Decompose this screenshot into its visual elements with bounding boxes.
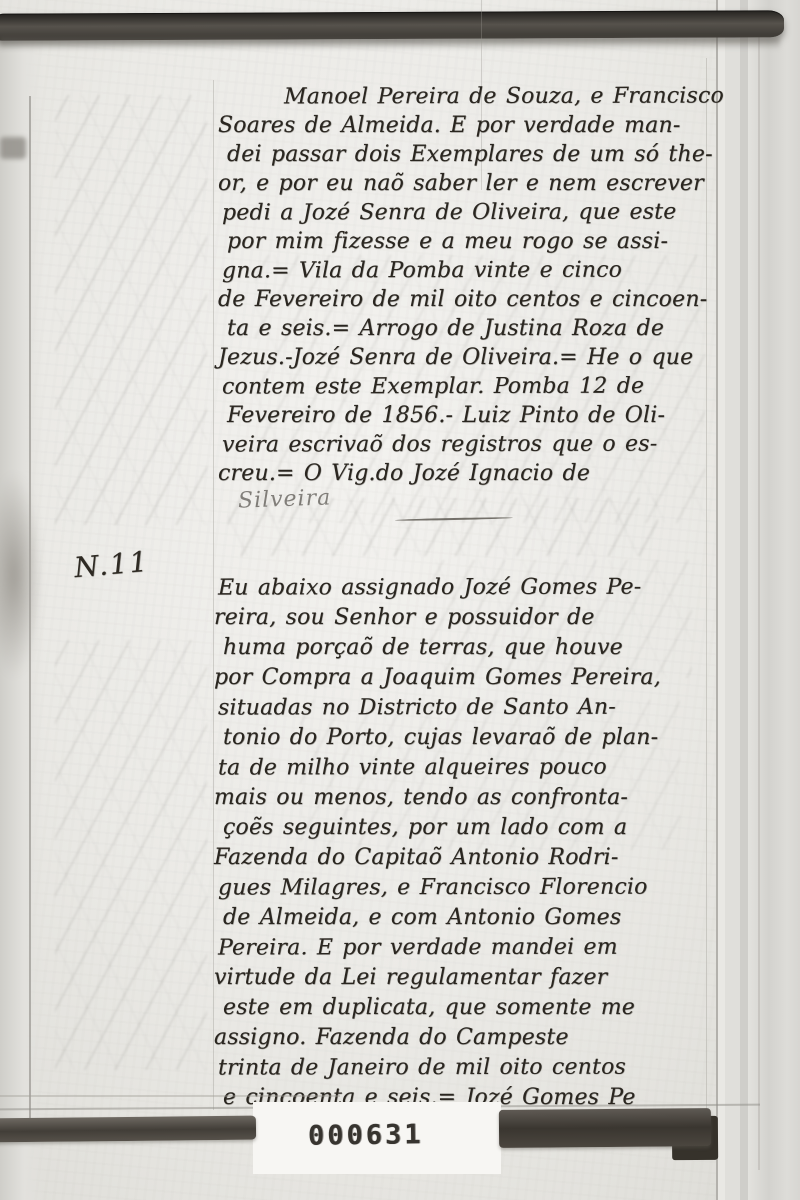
manuscript-line: Eu abaixo assignado Jozé Gomes Pe- (218, 572, 718, 603)
left-binding-line (29, 96, 31, 1118)
bottom-book-edge-band-right (499, 1108, 711, 1148)
manuscript-line: gues Milagres, e Francisco Florencio (218, 872, 718, 903)
archival-stamp-number: 000631 (308, 1119, 424, 1152)
adjacent-page-crease (758, 30, 760, 1170)
manuscript-line: ta de milho vinte alqueires pouco (218, 752, 718, 783)
manuscript-line: por Compra a Joaquim Gomes Pereira, (214, 663, 714, 693)
manuscript-line: assigno. Fazenda do Campeste (214, 1023, 714, 1053)
manuscript-line: veira escrivaõ dos registros que o es- (222, 429, 722, 459)
adjacent-page-edge (748, 0, 800, 1200)
manuscript-line: situadas no Districto de Santo An- (218, 692, 718, 723)
manuscript-line: Jezus.-Jozé Senra de Oliveira.= He o que (218, 343, 718, 372)
manuscript-line: çoẽs seguintes, por um lado com a (223, 813, 723, 843)
manuscript-paragraph-2: Eu abaixo assignado Jozé Gomes Pe- reira… (214, 573, 714, 1113)
manuscript-line: Fevereiro de 1856.- Luiz Pinto de Oli- (227, 401, 727, 430)
manuscript-line: mais ou menos, tendo as confronta- (214, 783, 714, 813)
manuscript-line: este em duplicata, que somente me (223, 993, 723, 1023)
top-book-edge-band (0, 10, 784, 40)
manuscript-line: virtude da Lei regulamentar fazer (214, 963, 714, 993)
manuscript-line: Manoel Pereira de Souza, e Francisco (222, 81, 722, 111)
manuscript-line: ta e seis.= Arrogo de Justina Roza de (227, 314, 727, 343)
manuscript-line: de Fevereiro de mil oito centos e cincoe… (218, 285, 718, 314)
manuscript-line: pedi a Jozé Senra de Oliveira, que este (222, 197, 722, 227)
manuscript-line: huma porçaõ de terras, que houve (223, 633, 723, 663)
manuscript-line: Soares de Almeida. E por verdade man- (218, 111, 718, 140)
left-edge-mark (0, 137, 26, 159)
manuscript-line: tonio do Porto, cujas levaraõ de plan- (223, 723, 723, 753)
vicar-signature: Silveira (238, 485, 332, 513)
manuscript-line: por mim fizesse e a meu rogo se assi- (227, 227, 727, 256)
manuscript-line: dei passar dois Exemplares de um só the- (227, 140, 727, 169)
manuscript-line: Pereira. E por verdade mandei em (218, 932, 718, 963)
manuscript-line: contem este Exemplar. Pomba 12 de (222, 371, 722, 401)
manuscript-line: gna.= Vila da Pomba vinte e cinco (222, 255, 722, 285)
bottom-book-edge-band-left (0, 1116, 256, 1143)
manuscript-line: de Almeida, e com Antonio Gomes (223, 903, 723, 933)
manuscript-line: creu.= O Vig.do Jozé Ignacio de (218, 459, 718, 488)
ink-bleed-through-patch (55, 640, 207, 1070)
ink-bleed-through-patch (55, 95, 207, 525)
record-number-margin-note: N.11 (73, 545, 151, 584)
manuscript-line: Fazenda do Capitaõ Antonio Rodri- (214, 843, 714, 873)
manuscript-line: reira, sou Senhor e possuidor de (214, 603, 714, 633)
scanned-manuscript-page: Manoel Pereira de Souza, e Francisco Soa… (0, 0, 800, 1200)
bottom-ruled-crease (0, 1095, 340, 1097)
manuscript-line: or, e por eu naõ saber ler e nem escreve… (218, 169, 718, 198)
manuscript-paragraph-1: Manoel Pereira de Souza, e Francisco Soa… (218, 82, 718, 488)
manuscript-line: trinta de Janeiro de mil oito centos (218, 1052, 718, 1083)
top-edge-shadow (0, 38, 780, 50)
